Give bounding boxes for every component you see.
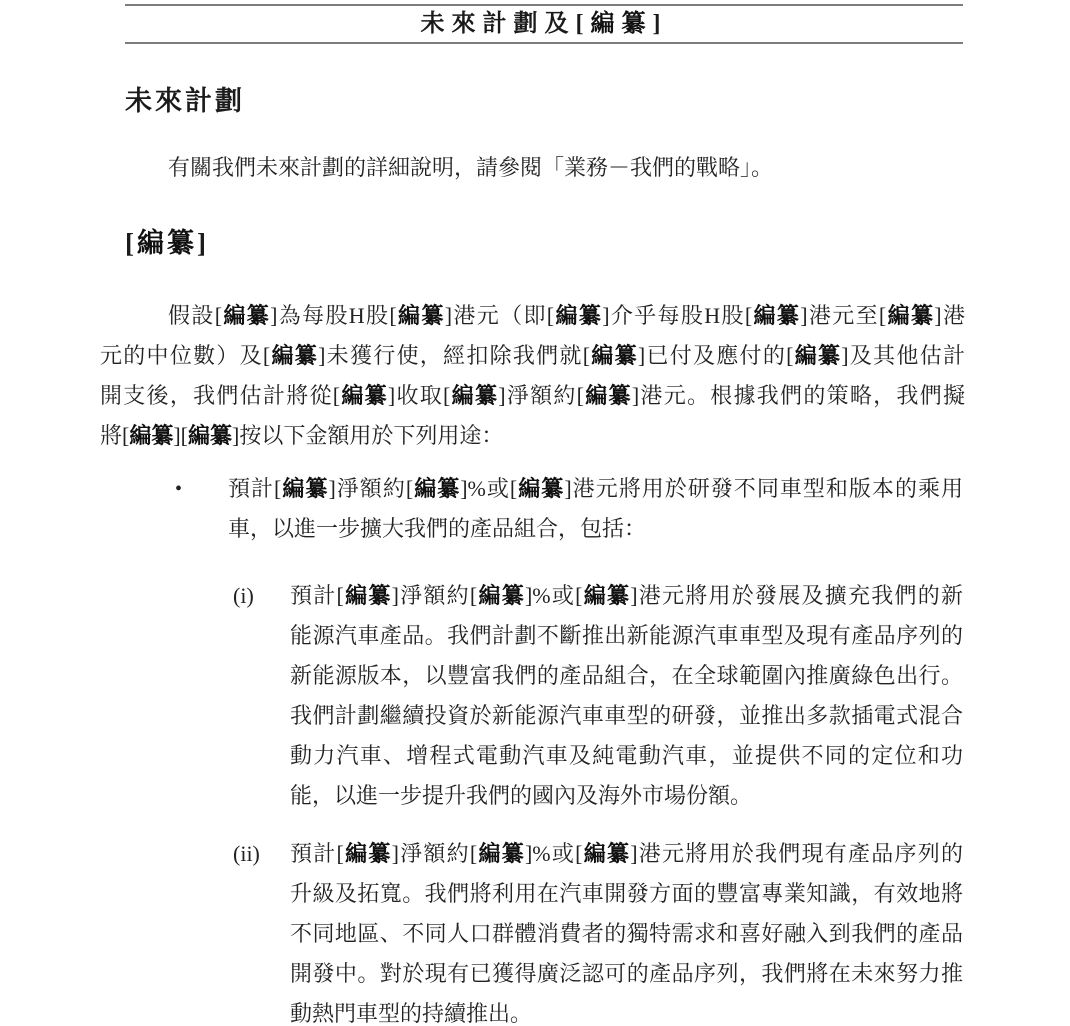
list-item-i-text: 預計[編纂]淨額約[編纂]%或[編纂]港元將用於發展及擴充我們的新能源汽車產品。… [290,576,963,816]
redaction-placeholder: 編纂 [517,476,564,501]
redaction-placeholder: 編纂 [582,841,630,866]
text-line: 能源汽車產品。我們計劃不斷推出新能源汽車車型及現有產品序列的 [290,616,963,656]
bullet-icon: • [175,469,228,549]
redaction-placeholder: 編纂 [582,583,630,608]
heading-redacted-offering: [編纂] [125,228,1070,258]
text-line: 動熱門車型的持續推出。 [290,994,963,1026]
redaction-placeholder: 編纂 [450,383,498,408]
prospectus-page: 未來計劃及[編纂] 未來計劃 有關我們未來計劃的詳細說明，請參閱「業務－我們的戰… [0,0,1070,1026]
redaction-placeholder: 編纂 [137,228,197,258]
list-item-ii: (ii) 預計[編纂]淨額約[編纂]%或[編纂]港元將用於我們現有產品序列的升級… [233,834,963,1026]
text-line: 不同地區、不同人口群體消費者的獨特需求和喜好融入到我們的產品 [290,914,963,954]
document-header: 未來計劃及[編纂] [125,4,963,44]
redaction-placeholder: 編纂 [477,841,525,866]
paragraph-use-of-proceeds: 假設[編纂]為每股H股[編纂]港元（即[編纂]介乎每股H股[編纂]港元至[編纂]… [100,296,965,456]
redaction-placeholder: 編纂 [129,423,173,448]
redaction-placeholder: 編纂 [584,383,632,408]
redaction-placeholder: 編纂 [344,841,392,866]
text-line: 我們計劃繼續投資於新能源汽車車型的研發，並推出多款插電式混合 [290,696,963,736]
redaction-placeholder: 編纂 [590,343,638,368]
text-line: 開支後，我們估計將從[編纂]收取[編纂]淨額約[編纂]港元。根據我們的策略，我們… [100,376,965,416]
text-line: 新能源版本，以豐富我們的產品組合，在全球範圍內推廣綠色出行。 [290,656,963,696]
redaction-placeholder: 編纂 [222,303,270,328]
text-line: 車，以進一步擴大我們的產品組合，包括： [228,509,963,549]
redaction-placeholder: 編纂 [397,303,445,328]
list-item-i: (i) 預計[編纂]淨額約[編纂]%或[編纂]港元將用於發展及擴充我們的新能源汽… [233,576,963,816]
text-line: 開發中。對於現有已獲得廣泛認可的產品序列，我們將在未來努力推 [290,954,963,994]
text-line: 能，以進一步提升我們的國內及海外市場份額。 [290,776,963,816]
page-title: 未來計劃及[編纂] [125,10,963,38]
redaction-placeholder: 編纂 [591,11,653,37]
redaction-placeholder: 編纂 [281,476,328,501]
redaction-placeholder: 編纂 [340,383,388,408]
list-item-ii-text: 預計[編纂]淨額約[編纂]%或[編纂]港元將用於我們現有產品序列的升級及拓寬。我… [290,834,963,1026]
redaction-placeholder: 編纂 [270,343,318,368]
text-line: 動力汽車、增程式電動汽車及純電動汽車，並提供不同的定位和功 [290,736,963,776]
redaction-placeholder: 編纂 [477,583,525,608]
text-line: 預計[編纂]淨額約[編纂]%或[編纂]港元將用於我們現有產品序列的 [290,834,963,874]
redaction-placeholder: 編纂 [554,303,602,328]
redaction-placeholder: 編纂 [752,303,800,328]
paragraph-future-plans-intro: 有關我們未來計劃的詳細說明，請參閱「業務－我們的戰略」。 [100,153,965,183]
list-marker-ii: (ii) [233,834,290,1026]
bullet-item-passenger-vehicles: • 預計[編纂]淨額約[編纂]%或[編纂]港元將用於研發不同車型和版本的乘用車，… [175,469,963,549]
bullet-item-text: 預計[編纂]淨額約[編纂]%或[編纂]港元將用於研發不同車型和版本的乘用車，以進… [228,469,963,549]
text-line: 預計[編纂]淨額約[編纂]%或[編纂]港元將用於研發不同車型和版本的乘用 [228,469,963,509]
heading-future-plans: 未來計劃 [125,86,1070,116]
text-line: 升級及拓寬。我們將利用在汽車開發方面的豐富專業知識，有效地將 [290,874,963,914]
redaction-placeholder: 編纂 [344,583,392,608]
text-line: 將[編纂][編纂]按以下金額用於下列用途： [100,416,965,456]
list-marker-i: (i) [233,576,290,816]
redaction-placeholder: 編纂 [188,423,232,448]
redaction-placeholder: 編纂 [413,476,460,501]
text-line: 元的中位數）及[編纂]未獲行使，經扣除我們就[編纂]已付及應付的[編纂]及其他估… [100,336,965,376]
text-line: 假設[編纂]為每股H股[編纂]港元（即[編纂]介乎每股H股[編纂]港元至[編纂]… [100,296,965,336]
redaction-placeholder: 編纂 [793,343,841,368]
text-line: 預計[編纂]淨額約[編纂]%或[編纂]港元將用於發展及擴充我們的新 [290,576,963,616]
redaction-placeholder: 編纂 [886,303,934,328]
